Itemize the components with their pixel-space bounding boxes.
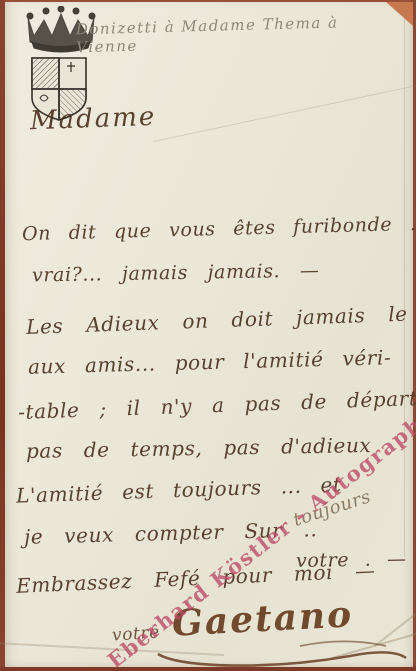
paper-crease bbox=[153, 83, 416, 142]
letter-line: -table ; il n'y a pas de départ bbox=[18, 386, 416, 424]
scan-edge-bottom bbox=[0, 667, 416, 671]
scan-edge-top bbox=[0, 0, 416, 2]
salutation: Madame bbox=[30, 102, 157, 136]
paper-crease bbox=[374, 607, 416, 647]
letter-line: vrai?... jamais jamais. — bbox=[32, 259, 320, 286]
paper-crease bbox=[404, 2, 405, 557]
letter-line: L'amitié est toujours ... et bbox=[16, 472, 342, 507]
scan-edge-left bbox=[0, 0, 5, 671]
letter-scan: Donizetti à Madame Thema à Vienne Madame… bbox=[0, 0, 416, 671]
letter-line: Les Adieux on doit jamais le faire bbox=[26, 299, 416, 339]
letter-line: pas de temps, pas d'adieux bbox=[26, 433, 372, 463]
pencil-annotation: Donizetti à Madame Thema à Vienne bbox=[76, 12, 407, 57]
letter-line: On dit que vous êtes furibonde ... est-i… bbox=[22, 211, 416, 245]
letter-line: aux amis... pour l'amitié véri- bbox=[28, 345, 392, 379]
